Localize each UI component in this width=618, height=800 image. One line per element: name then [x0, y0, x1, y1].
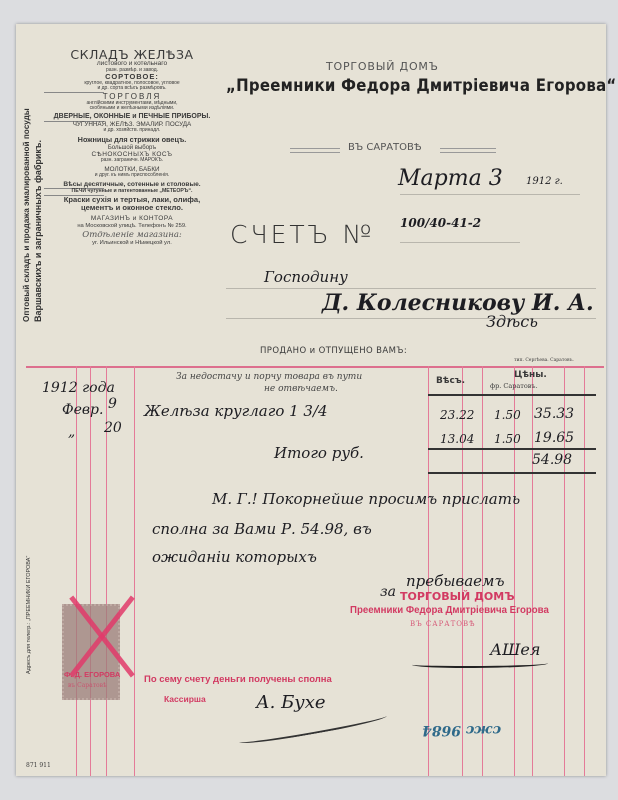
print-code: 871 911 — [26, 762, 51, 769]
advert-line: и друг. къ нимъ приспособленія. — [44, 173, 220, 178]
price-column-subheader: фр. Саратовъ. — [490, 382, 538, 390]
disclaimer-line-1: За недостачу и порчу товара въ пути — [176, 372, 362, 382]
ruling-line — [482, 366, 483, 776]
stamp-overprint-sub: въ Саратовѣ — [68, 682, 107, 689]
seal-trading-house: ТОРГОВЫЙ ДОМЪ — [400, 590, 515, 603]
row-2-weight: 13.04 — [440, 432, 474, 446]
disclaimer-line-2: не отвѣчаемъ. — [264, 384, 338, 394]
paid-stamp: По сему счету деньги получены сполна — [144, 674, 332, 685]
row-1-day: 9 — [108, 396, 117, 412]
company-name: „Преемники Федора Дмитріевича Егорова“ — [226, 76, 617, 96]
for-label: за — [380, 584, 396, 600]
advert-heading: Ножницы для стрижки овецъ. — [44, 136, 220, 144]
invoice-label: СЧЕТЪ № — [230, 220, 375, 249]
advert-line: разн. заграничн. МАРОКЪ. — [44, 158, 220, 163]
seal-company-name: Преемники Федора Дмитріевича Егорова — [350, 604, 549, 616]
total-rule — [428, 472, 596, 474]
advert-line: на Московской улицѣ. Телефонъ № 259. — [44, 223, 220, 229]
invoice-number-line — [400, 242, 520, 243]
row-2-description: Итого руб. — [274, 444, 364, 462]
subtotal-rule — [428, 448, 596, 450]
ruling-line — [532, 366, 533, 776]
trading-house-label: ТОРГОВЫЙ ДОМЪ — [326, 60, 439, 73]
ruling-line — [462, 366, 463, 776]
stamp-overprint: Ф. Д. ЕГОРОВА — [64, 670, 120, 679]
ledger-year: 1912 года — [42, 380, 115, 396]
total-sum: 54.98 — [532, 452, 572, 468]
header-bottom-rule — [428, 394, 596, 396]
telegraph-address: Адресъ для телегр.: „ПРЕЕМНИКИ ЕГОРОВА“ — [26, 556, 32, 674]
cashier-flourish — [238, 711, 387, 747]
letter-line-2: сполна за Вами Р. 54.98, въ — [152, 520, 372, 538]
addressee-prefix: Господину — [264, 268, 348, 286]
advert-line: скобяными и желѣзными издѣліями. — [44, 106, 220, 111]
table-top-rule — [26, 366, 604, 368]
customer-name: Д. Колесникову И. А. — [322, 290, 594, 316]
date-line — [400, 194, 580, 195]
vertical-advert-line-1: Оптовый складъ и продажа эмалированной п… — [22, 108, 31, 322]
seal-city: ВЪ САРАТОВѢ — [410, 620, 475, 628]
ruling-line — [514, 366, 515, 776]
row-2-day: 20 — [104, 420, 122, 436]
letter-line-1: М. Г.! Покорнейше просимъ прислать — [212, 490, 520, 508]
printer-mark: тип. Сергѣева. Саратовъ. — [514, 358, 574, 363]
row-1-weight: 23.22 — [440, 408, 474, 422]
advert-line: и др. хозяйств. принадл. — [44, 128, 220, 133]
vertical-advert-line-2: Варшавскихъ и заграничныхъ фабрикъ. — [33, 140, 43, 322]
row-1-sum: 35.33 — [534, 406, 574, 422]
addressee-line-1 — [226, 288, 596, 289]
advert-heading: ДВЕРНЫЕ, ОКОННЫЕ и ПЕЧНЫЕ ПРИБОРЫ. — [44, 113, 220, 120]
row-1-description: Желѣза круглаго 1 3/4 — [144, 402, 328, 420]
merchant-signature: АШея — [490, 640, 540, 659]
invoice-number: 100/40-41-2 — [400, 216, 481, 230]
branch-address: уг. Ильинской и Нѣмецкой ул. — [44, 240, 220, 246]
cashier-label: Кассирша — [164, 694, 206, 704]
city-rule-left — [290, 148, 340, 153]
cashier-signature: А. Бухе — [256, 692, 326, 713]
sold-label: ПРОДАНО и ОТПУЩЕНО ВАМЪ: — [260, 346, 407, 356]
advert-heading: цементъ и оконное стекло. — [44, 204, 220, 212]
city-rule-right — [440, 148, 496, 153]
signature-flourish — [412, 660, 548, 668]
invoice-year: 1912 г. — [526, 176, 563, 187]
advert-column: СКЛАДЪ ЖЕЛѢЗА листового и котельнаго раз… — [44, 48, 220, 246]
advert-heading: МАГАЗИНЪ и КОНТОРА — [44, 216, 220, 223]
row-2-sum: 19.65 — [534, 430, 574, 446]
invoice-document: Оптовый складъ и продажа эмалированной п… — [16, 24, 606, 776]
branch-heading: Отдѣленіе магазина: — [44, 231, 220, 240]
archive-mark: сжс 9684 — [422, 722, 501, 738]
ruling-line — [584, 366, 585, 776]
letter-line-3: ожиданіи которыхъ — [152, 548, 317, 566]
row-1-price: 1.50 — [494, 408, 521, 422]
row-2-price: 1.50 — [494, 432, 521, 446]
customer-location: Здѣсь — [486, 312, 538, 331]
ruling-line — [428, 366, 429, 776]
price-column-header: Цѣны. — [514, 370, 547, 380]
invoice-date: Марта 3 — [398, 166, 503, 191]
ruling-line — [90, 366, 91, 776]
addressee-line-2 — [226, 318, 596, 319]
row-1-month: Февр. — [62, 402, 103, 418]
city-label: ВЪ САРАТОВѢ — [348, 142, 422, 153]
ruling-line — [76, 366, 77, 776]
row-2-month: „ — [68, 424, 75, 440]
ruling-line — [564, 366, 565, 776]
advert-heading: Вѣсы десятичные, сотенные и столовые. — [44, 182, 220, 189]
ruling-line — [134, 366, 135, 776]
letter-line-4: пребываемъ — [406, 572, 505, 590]
weight-column-header: Вѣсъ. — [436, 376, 465, 386]
